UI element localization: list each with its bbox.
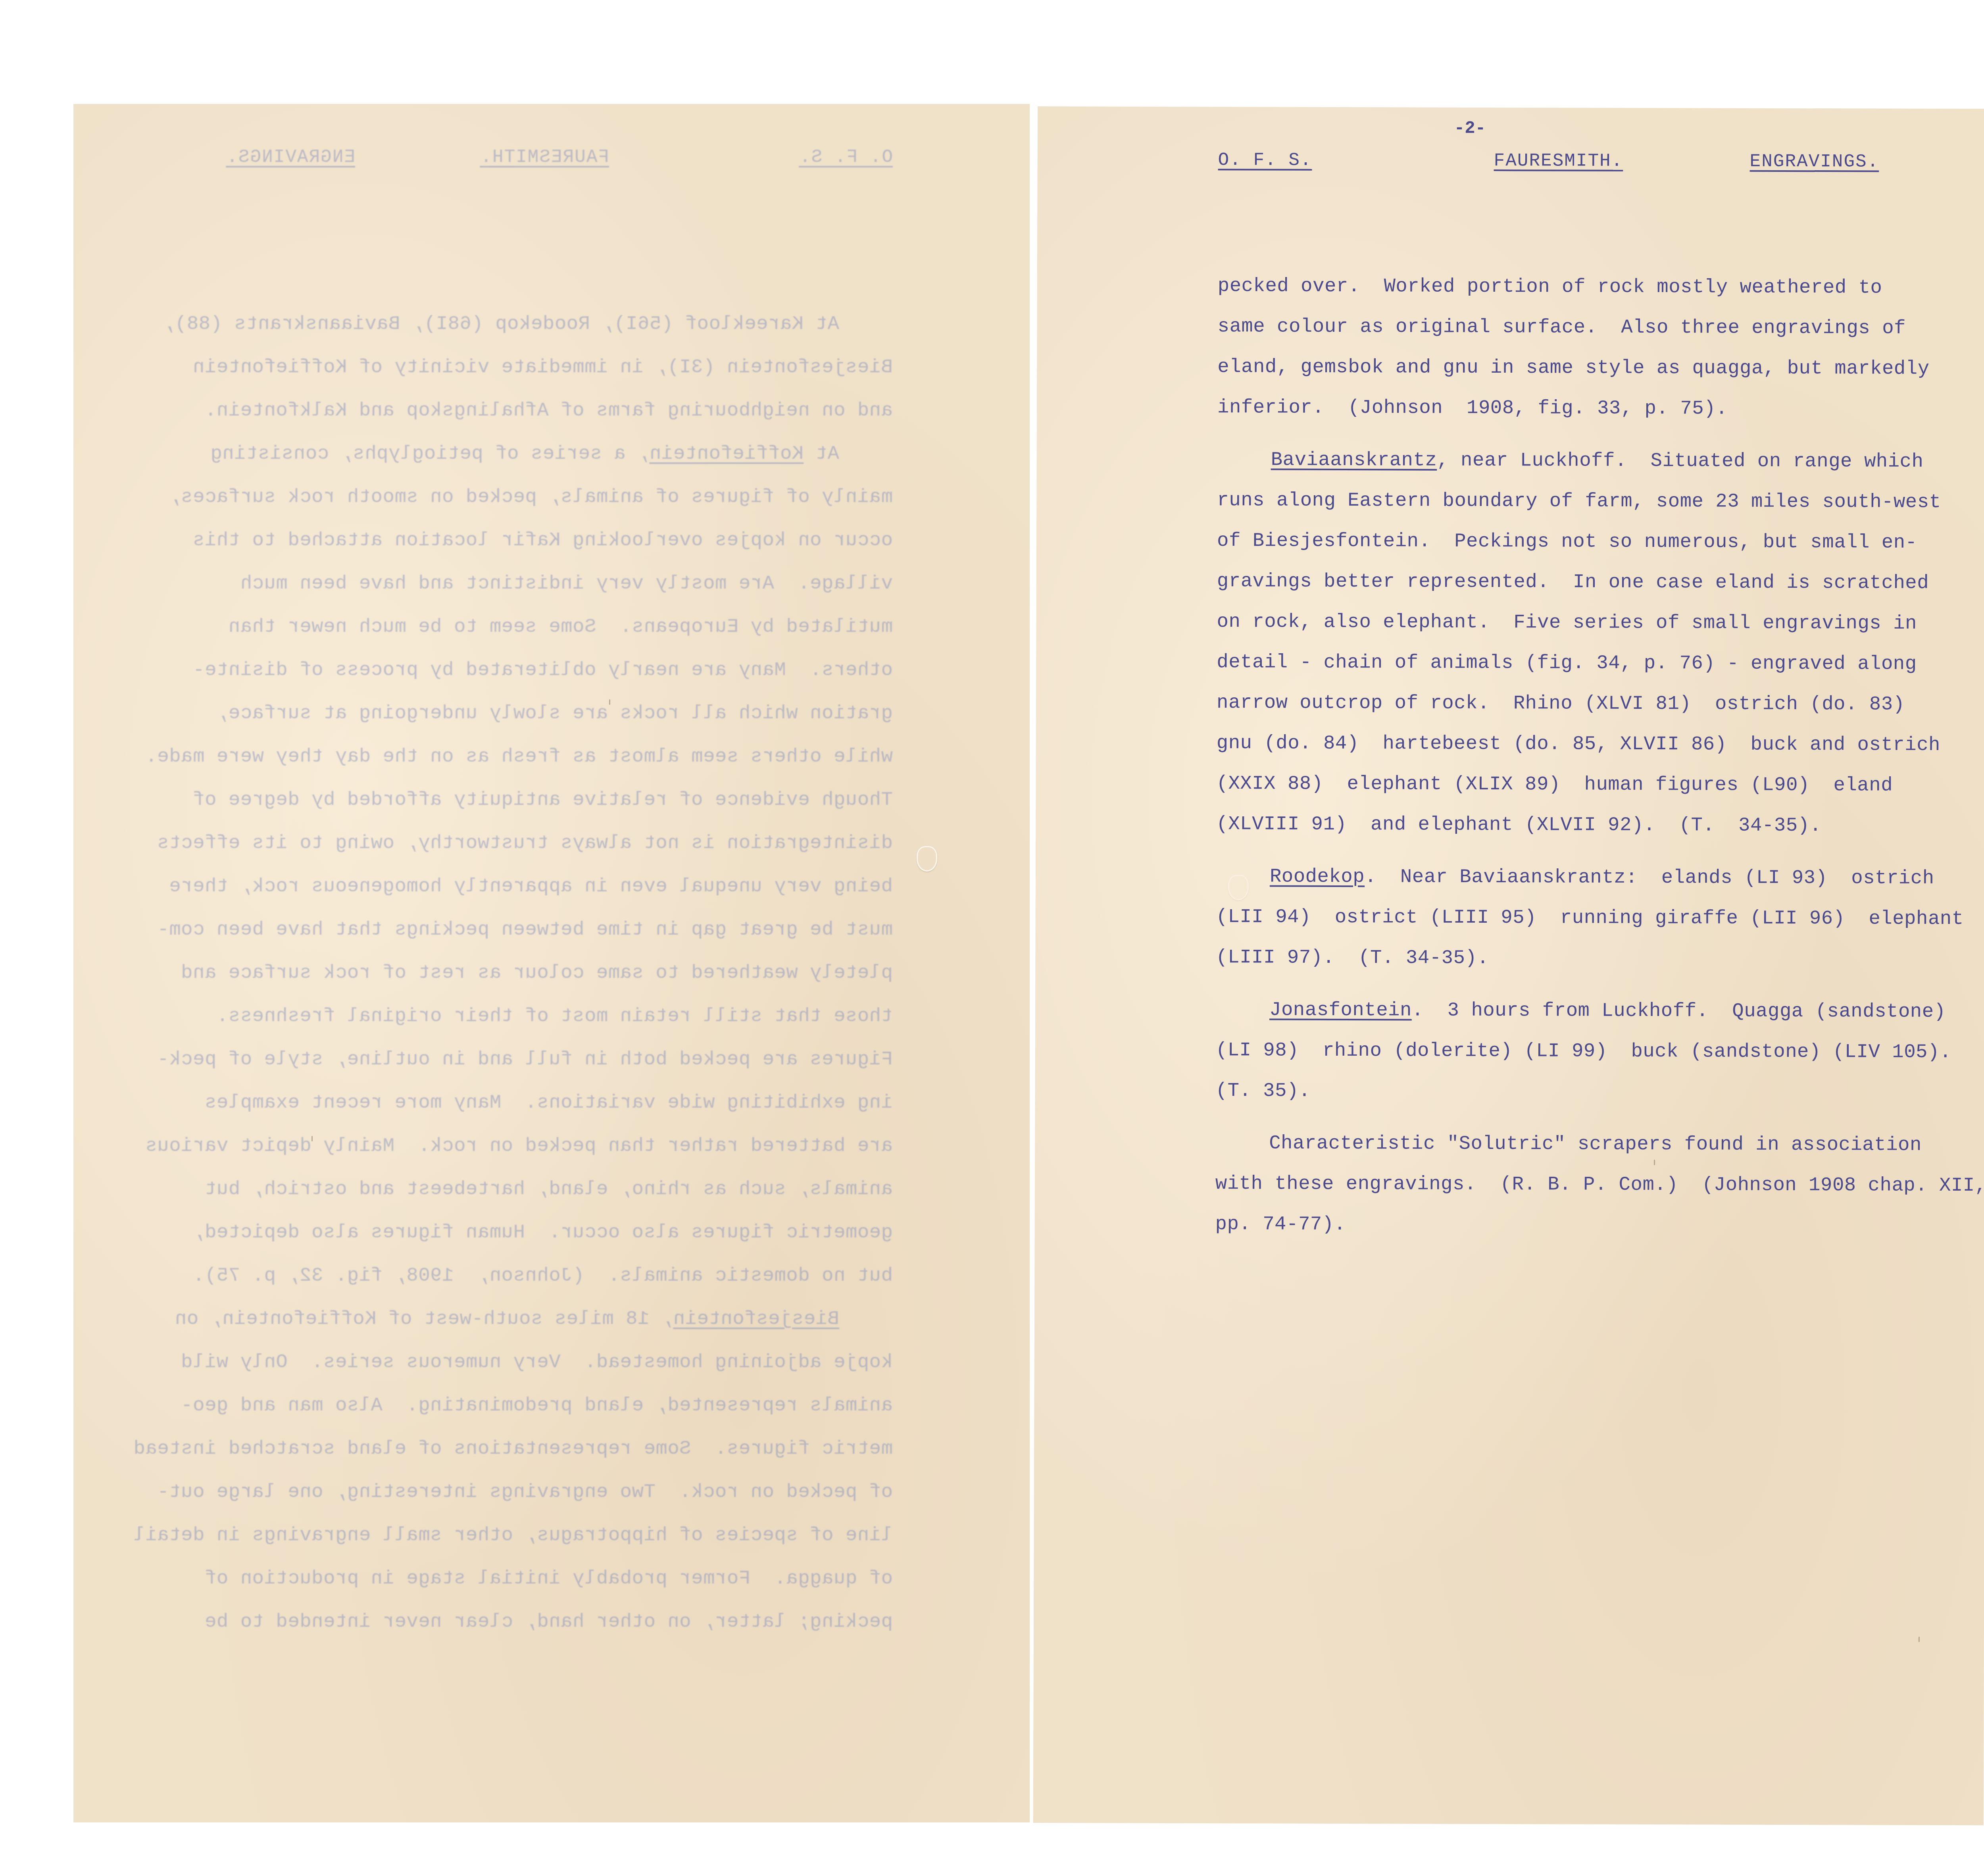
line-text: with these engravings. (R. B. P. Com.) (… (1215, 1172, 1984, 1197)
line-text: runs along Eastern boundary of farm, som… (1217, 489, 1941, 513)
text-line: Baviaanskrantz, near Luckhoff. Situated … (1217, 439, 1984, 482)
place-name: Baviaanskrantz (1271, 449, 1437, 471)
line-text: geometric figures also occur. Human figu… (193, 1221, 893, 1243)
text-line: Jonasfontein. 3 hours from Luckhoff. Qua… (1216, 989, 1984, 1032)
line-text: metric figures. Some representations of … (133, 1437, 893, 1460)
text-line: line of species of hippotragus, other sm… (107, 1514, 893, 1557)
text-line: pletely weathered to same colour as rest… (107, 951, 893, 995)
header-district: FAURESMITH. (480, 147, 609, 167)
line-text: kopje adjoining homestead. Very numerous… (181, 1351, 893, 1373)
text-line: Characteristic "Solutric" scrapers found… (1215, 1123, 1984, 1165)
line-text: . 3 hours from Luckhoff. Quagga (sandsto… (1412, 999, 1946, 1023)
line-text: pecking; latter, on other hand, clear ne… (205, 1610, 893, 1633)
line-text: At Kareekloof (56I), Roodekop (68I), Bav… (163, 313, 839, 335)
text-line: with these engravings. (R. B. P. Com.) (… (1215, 1163, 1984, 1206)
line-text: gnu (do. 84) hartebeest (do. 85, XLVII 8… (1217, 732, 1940, 756)
text-line: gravings better represented. In one case… (1217, 561, 1984, 603)
text-line: Though evidence of relative antiquity af… (107, 778, 893, 822)
text-line: are battered rather than pecked on rock.… (107, 1124, 893, 1168)
text-line: on rock, also elephant. Five series of s… (1217, 601, 1984, 644)
text-line: pp. 74-77). (1215, 1204, 1984, 1246)
line-text: same colour as original surface. Also th… (1217, 315, 1906, 339)
text-line: Biesjesfontein (3I), in immediate vicini… (107, 346, 893, 389)
place-name: Biesjesfontein (673, 1308, 839, 1330)
line-text: being very unequal even in apparently ho… (169, 875, 893, 897)
line-text: line of species of hippotragus, other sm… (133, 1524, 893, 1546)
bleedthrough-header: O. F. S. FAURESMITH. ENGRAVINGS. (73, 147, 1030, 171)
text-line: pecking; latter, on other hand, clear ne… (107, 1600, 893, 1643)
text-line: of Biesjesfontein. Peckings not so numer… (1217, 520, 1984, 563)
line-text: ing exhibiting wide variations. Many mor… (205, 1091, 893, 1114)
text-line: At Koffiefontein, a series of petioglyph… (107, 432, 893, 475)
line-text: of pecked on rock. Two engravings intere… (157, 1481, 893, 1503)
line-text: (LI 98) rhino (dolerite) (LI 99) buck (s… (1216, 1039, 1951, 1063)
line-text: Though evidence of relative antiquity af… (193, 789, 893, 811)
text-line: eland, gemsbok and gnu in same style as … (1217, 346, 1984, 389)
line-text: occur on kopjes overlooking Kafir locati… (193, 529, 893, 551)
line-text: , near Luckhoff. Situated on range which (1437, 449, 1923, 473)
paper-speck (609, 699, 610, 705)
text-line: of pecked on rock. Two engravings intere… (107, 1470, 893, 1514)
text-line: (XXIX 88) elephant (XLIX 89) human figur… (1216, 763, 1984, 806)
bleedthrough-body: At Kareekloof (56I), Roodekop (68I), Bav… (107, 302, 893, 1643)
header-region: O. F. S. (1218, 150, 1312, 171)
text-line: narrow outcrop of rock. Rhino (XLVI 81) … (1217, 682, 1984, 725)
line-text: are battered rather than pecked on rock.… (145, 1135, 893, 1157)
text-line: Roodekop. Near Baviaanskrantz: elands (L… (1216, 856, 1984, 899)
line-prefix: At (804, 443, 839, 465)
text-line: gnu (do. 84) hartebeest (do. 85, XLVII 8… (1217, 723, 1984, 765)
line-text: (T. 35). (1215, 1079, 1310, 1102)
page-body: pecked over. Worked portion of rock most… (1215, 266, 1984, 1246)
text-line: same colour as original surface. Also th… (1217, 306, 1984, 348)
line-text: animals represented, eland predominating… (181, 1394, 893, 1416)
line-text: detail - chain of animals (fig. 34, p. 7… (1217, 651, 1917, 675)
line-text: (LII 94) ostrict (LIII 95) running giraf… (1216, 906, 1964, 930)
header-category: ENGRAVINGS. (226, 147, 355, 167)
line-text: , 18 miles south-west of Koffiefontein, … (175, 1308, 673, 1330)
text-line: must be great gap in time between peckin… (107, 908, 893, 951)
line-text: Biesjesfontein (3I), in immediate vicini… (193, 356, 893, 378)
text-line: inferior. (Johnson 1908, fig. 33, p. 75)… (1217, 387, 1984, 429)
text-line: At Kareekloof (56I), Roodekop (68I), Bav… (107, 302, 893, 346)
text-line: kopje adjoining homestead. Very numerous… (107, 1341, 893, 1384)
line-text: must be great gap in time between peckin… (157, 918, 893, 941)
line-text: gravings better represented. In one case… (1217, 570, 1929, 594)
line-text: pletely weathered to same colour as rest… (181, 962, 893, 984)
text-line: but no domestic animals. (Johnson, 1908,… (107, 1254, 893, 1297)
line-text: pecked over. Worked portion of rock most… (1218, 275, 1882, 298)
bleedthrough-text: O. F. S. FAURESMITH. ENGRAVINGS. At Kare… (73, 104, 1030, 1822)
line-text: eland, gemsbok and gnu in same style as … (1217, 356, 1929, 380)
paper-speck (1919, 1637, 1920, 1642)
text-line: runs along Eastern boundary of farm, som… (1217, 480, 1984, 522)
line-text: and on neighbouring farms of Afhalingsko… (205, 399, 893, 421)
text-line: (LII 94) ostrict (LIII 95) running giraf… (1216, 897, 1984, 939)
line-text: (XLVIII 91) and elephant (XLVII 92). (T.… (1216, 813, 1821, 837)
line-text: animals, such as rhino, eland, hartebees… (205, 1178, 893, 1200)
right-page: -2- O. F. S. FAURESMITH. ENGRAVINGS. pec… (1033, 106, 1984, 1825)
left-page: O. F. S. FAURESMITH. ENGRAVINGS. At Kare… (73, 104, 1030, 1822)
text-line: those that still retain most of their or… (107, 995, 893, 1038)
text-line: village. Are mostly very indistinct and … (107, 562, 893, 605)
line-text: while others seem almost as fresh as on … (145, 745, 893, 768)
line-text: mutilated by Europeans. Some seem to be … (228, 616, 893, 638)
text-line: animals represented, eland predominating… (107, 1384, 893, 1427)
line-text: on rock, also elephant. Five series of s… (1217, 610, 1917, 635)
page-header: O. F. S. FAURESMITH. ENGRAVINGS. (1038, 149, 1984, 175)
text-line: gration which all rocks are slowly under… (107, 692, 893, 735)
punch-mark (1228, 875, 1249, 900)
text-line: being very unequal even in apparently ho… (107, 865, 893, 908)
place-name: Koffiefontein (650, 443, 804, 465)
text-line: Figures are pecked both in full and in o… (107, 1038, 893, 1081)
line-text: but no domestic animals. (Johnson, 1908,… (193, 1264, 893, 1287)
text-line: occur on kopjes overlooking Kafir locati… (107, 519, 893, 562)
line-text: village. Are mostly very indistinct and … (240, 572, 893, 595)
line-text: others. Many are nearly obliterated by p… (193, 659, 893, 681)
place-name: Jonasfontein (1269, 999, 1412, 1022)
text-line: of quagga. Former probably initial stage… (107, 1557, 893, 1600)
text-line: mutilated by Europeans. Some seem to be … (107, 605, 893, 648)
text-line: mainly of figures of animals, pecked on … (107, 475, 893, 519)
line-text: gration which all rocks are slowly under… (216, 702, 893, 724)
line-text: disintegration is not always trustworthy… (157, 832, 893, 854)
line-text: (XXIX 88) elephant (XLIX 89) human figur… (1216, 772, 1893, 796)
text-line: and on neighbouring farms of Afhalingsko… (107, 389, 893, 432)
paper-speck (1654, 1160, 1655, 1165)
punch-mark (917, 846, 937, 872)
header-district: FAURESMITH. (1494, 150, 1623, 171)
line-text: of Biesjesfontein. Peckings not so numer… (1217, 529, 1917, 554)
text-line: while others seem almost as fresh as on … (107, 735, 893, 778)
line-text: Figures are pecked both in full and in o… (157, 1048, 893, 1070)
text-line: geometric figures also occur. Human figu… (107, 1211, 893, 1254)
line-text: of quagga. Former probably initial stage… (205, 1567, 893, 1589)
text-line: (LIII 97). (T. 34-35). (1216, 937, 1984, 979)
text-line: pecked over. Worked portion of rock most… (1218, 266, 1984, 308)
text-line: Biesjesfontein, 18 miles south-west of K… (107, 1297, 893, 1341)
line-text: (LIII 97). (T. 34-35). (1216, 946, 1489, 969)
text-line: detail - chain of animals (fig. 34, p. 7… (1217, 642, 1984, 684)
text-line: ing exhibiting wide variations. Many mor… (107, 1081, 893, 1124)
page-number: -2- (1454, 119, 1486, 139)
text-line: (XLVIII 91) and elephant (XLVII 92). (T.… (1216, 804, 1984, 846)
line-text: those that still retain most of their or… (216, 1005, 893, 1027)
line-text: inferior. (Johnson 1908, fig. 33, p. 75)… (1217, 396, 1728, 419)
line-text: narrow outcrop of rock. Rhino (XLVI 81) … (1217, 691, 1905, 716)
place-name: Roodekop (1270, 866, 1365, 888)
text-line: (T. 35). (1215, 1070, 1984, 1113)
line-text: , a series of petioglyphs, consisting (210, 443, 649, 465)
paper-speck (311, 1136, 313, 1141)
text-line: disintegration is not always trustworthy… (107, 822, 893, 865)
line-text: pp. 74-77). (1215, 1213, 1346, 1235)
text-line: (LI 98) rhino (dolerite) (LI 99) buck (s… (1216, 1030, 1984, 1072)
text-line: animals, such as rhino, eland, hartebees… (107, 1168, 893, 1211)
text-line: metric figures. Some representations of … (107, 1427, 893, 1470)
header-region: O. F. S. (799, 147, 893, 167)
line-text: mainly of figures of animals, pecked on … (169, 486, 893, 508)
line-text: . Near Baviaanskrantz: elands (LI 93) os… (1365, 866, 1934, 889)
line-text: Characteristic "Solutric" scrapers found… (1269, 1132, 1922, 1156)
header-category: ENGRAVINGS. (1750, 151, 1879, 172)
text-line: others. Many are nearly obliterated by p… (107, 648, 893, 692)
